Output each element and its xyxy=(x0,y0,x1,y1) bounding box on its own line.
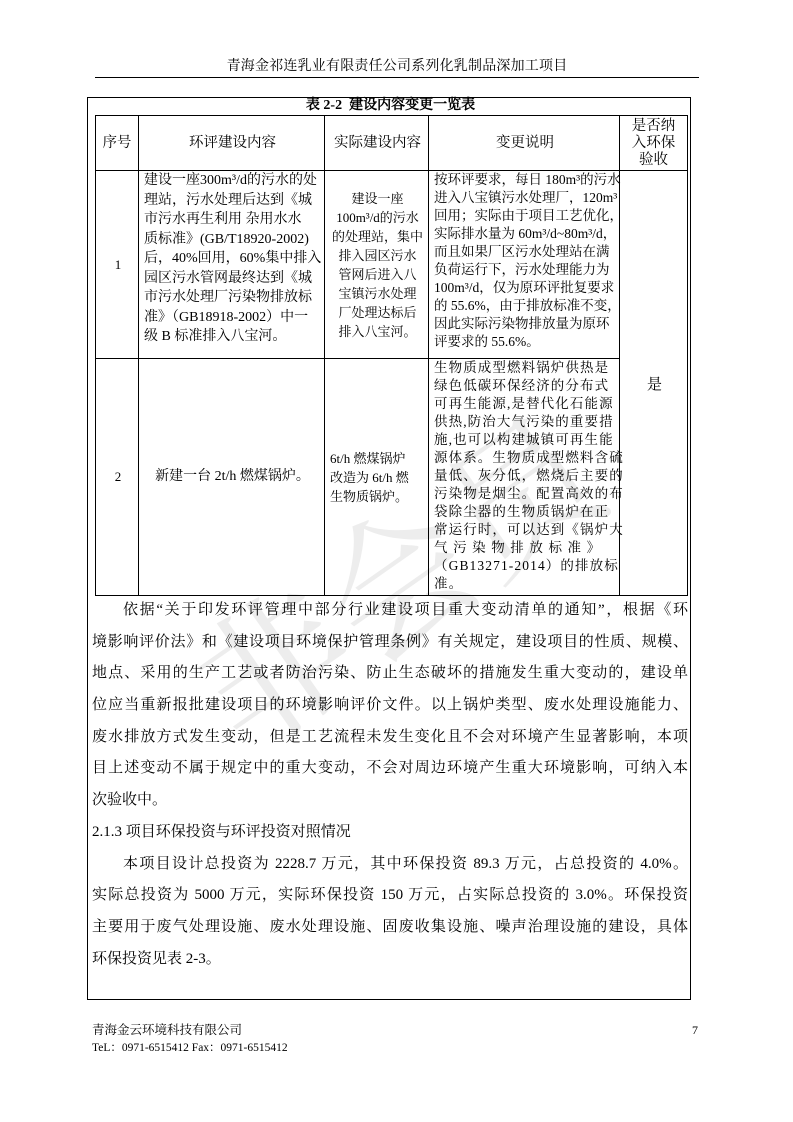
footer-company: 青海金云环境科技有限公司 xyxy=(92,1022,242,1038)
section-heading: 2.1.3 项目环保投资与环评投资对照情况 xyxy=(92,817,688,849)
header-serial-no: 序号 xyxy=(96,116,139,171)
change-table: 序号 环评建设内容 实际建设内容 变更说明 是否纳 入环保 验收 1 建设一座3… xyxy=(95,115,688,596)
footer-contact: TeL：0971-6515412 Fax：0971-6515412 xyxy=(92,1040,288,1056)
header-change-note: 变更说明 xyxy=(429,116,620,171)
paragraph-line: 废水排放方式发生变动，但是工艺流程未发生变化且不会对环境产生显著影响，本项 xyxy=(92,722,688,754)
table-row: 2 新建一台 2t/h 燃煤锅炉。 6t/h 燃煤锅炉 改造为 6t/h 燃 生… xyxy=(96,359,688,596)
paragraph-line: 位应当重新报批建设项目的环境影响评价文件。以上锅炉类型、废水处理设施能力、 xyxy=(92,690,688,722)
cell-eia-content: 新建一台 2t/h 燃煤锅炉。 xyxy=(139,359,325,596)
page-number: 7 xyxy=(692,1022,698,1038)
page-header-title: 青海金祁连乳业有限责任公司系列化乳制品深加工项目 xyxy=(95,57,699,77)
header-eia-content: 环评建设内容 xyxy=(139,116,325,171)
table-row: 1 建设一座300m³/d的污水的处 理站，污水处理后达到《城 市污水再生利用 … xyxy=(96,171,688,359)
cell-change-note: 按环评要求，每日 180m³的污水 进入八宝镇污水处理厂，120m³ 回用；实际… xyxy=(429,171,620,359)
cell-included-in-acceptance: 是 xyxy=(620,171,688,596)
table-caption: 表 2-2 建设内容变更一览表 xyxy=(95,97,686,115)
paragraph-line: 地点、采用的生产工艺或者防治污染、防止生态破坏的措施发生重大变动的，建设单 xyxy=(92,658,688,690)
cell-change-note: 生物质成型燃料锅炉供热是 绿色低碳环保经济的分布式 可再生能源,是替代化石能源 … xyxy=(429,359,620,596)
cell-actual-content: 6t/h 燃煤锅炉 改造为 6t/h 燃 生物质锅炉。 xyxy=(325,359,429,596)
paragraph-line: 环保投资见表 2-3。 xyxy=(92,944,688,976)
paragraph-line: 境影响评价法》和《建设项目环境保护管理条例》有关规定，建设项目的性质、规模、 xyxy=(92,627,688,659)
cell-eia-content: 建设一座300m³/d的污水的处 理站，污水处理后达到《城 市污水再生利用 杂用… xyxy=(139,171,325,359)
header-included-in-acceptance: 是否纳 入环保 验收 xyxy=(620,116,688,171)
table-header-row: 序号 环评建设内容 实际建设内容 变更说明 是否纳 入环保 验收 xyxy=(96,116,688,171)
paragraph-line: 次验收中。 xyxy=(92,785,688,817)
paragraph-line: 本项目设计总投资为 2228.7 万元，其中环保投资 89.3 万元，占总投资的… xyxy=(92,849,688,881)
header-actual-content: 实际建设内容 xyxy=(325,116,429,171)
page-header-rule xyxy=(95,77,699,78)
cell-serial-no: 2 xyxy=(96,359,139,596)
cell-actual-content: 建设一座 100m³/d的污水 的处理站，集中 排入园区污水 管网后进入八 宝镇… xyxy=(325,171,429,359)
paragraph-line: 实际总投资为 5000 万元，实际环保投资 150 万元，占实际总投资的 3.0… xyxy=(92,880,688,912)
paragraph-line: 目上述变动不属于规定中的重大变动，不会对周边环境产生重大环境影响，可纳入本 xyxy=(92,753,688,785)
cell-serial-no: 1 xyxy=(96,171,139,359)
paragraph-line: 主要用于废气处理设施、废水处理设施、固废收集设施、噪声治理设施的建设，具体 xyxy=(92,912,688,944)
paragraph-line: 依据“关于印发环评管理中部分行业建设项目重大变动清单的通知”，根据《环 xyxy=(92,595,688,627)
body-text: 依据“关于印发环评管理中部分行业建设项目重大变动清单的通知”，根据《环 境影响评… xyxy=(92,595,688,975)
